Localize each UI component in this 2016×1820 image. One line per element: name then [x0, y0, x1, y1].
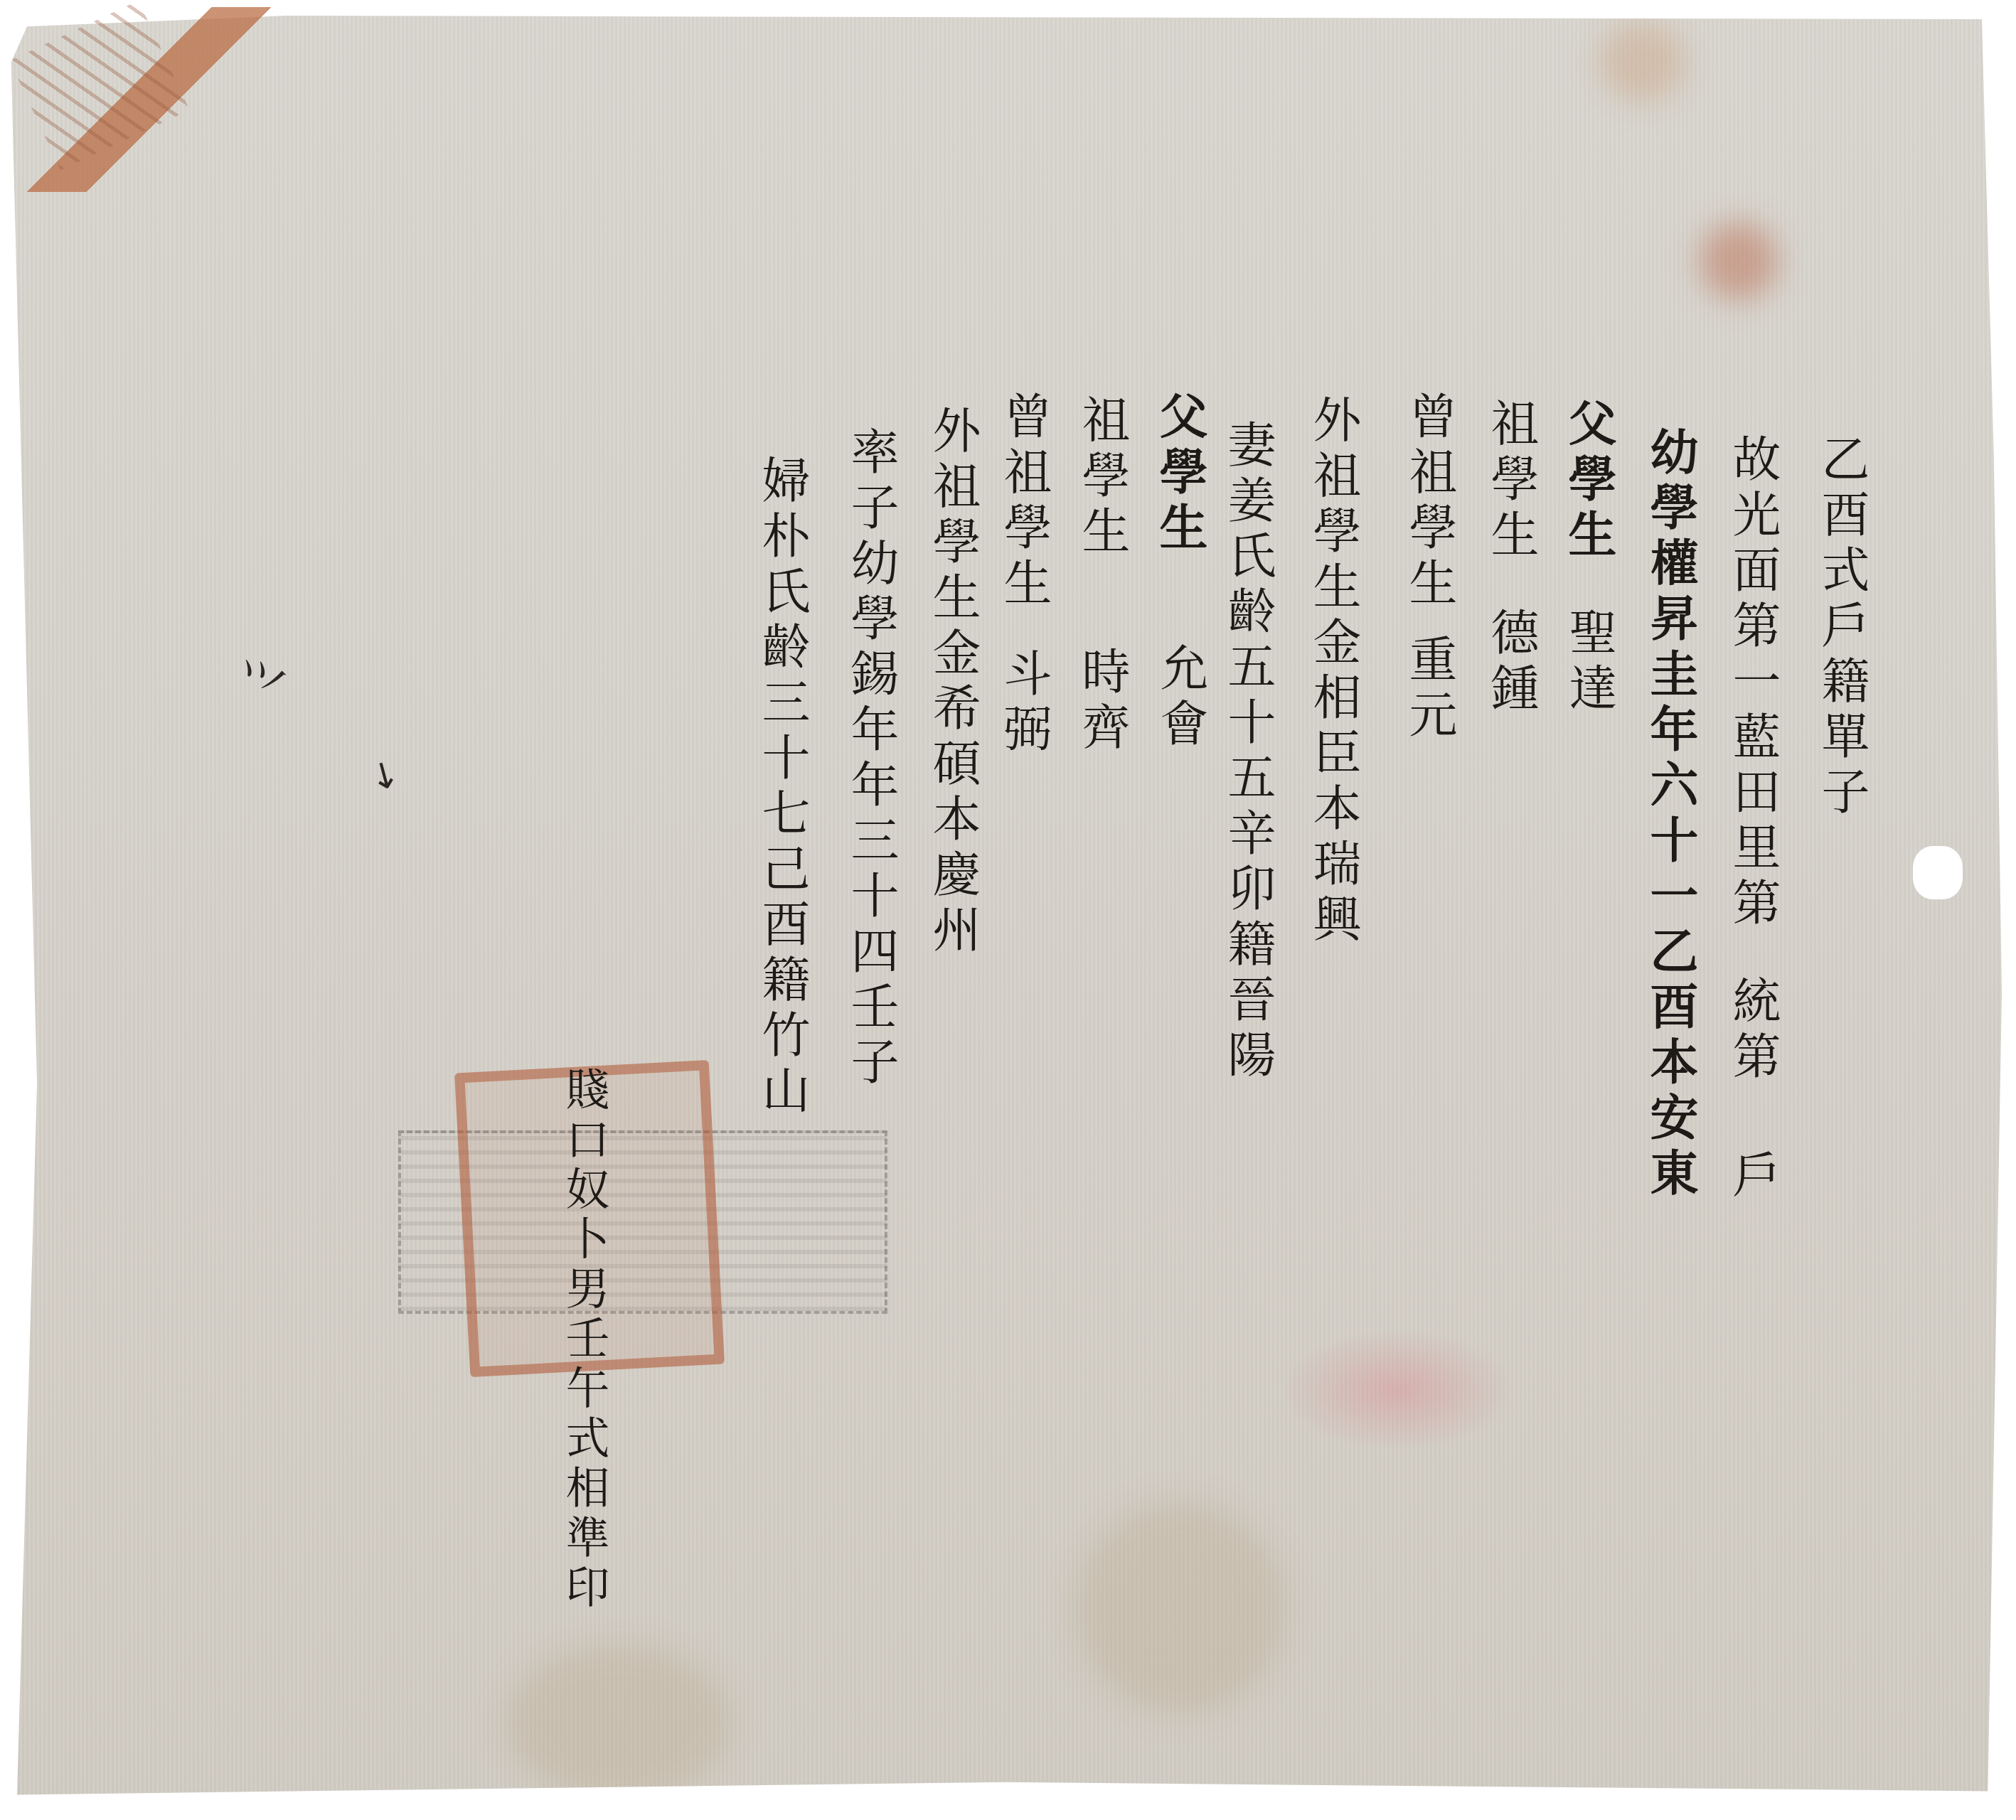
wife-maternal-grandfather-column: 外祖學生金希碩本慶州: [928, 405, 976, 960]
paper-hole: [1913, 846, 1963, 899]
wife-great-grandfather-column: 曾祖學生斗弼: [999, 391, 1047, 759]
stain: [1074, 1501, 1287, 1715]
son-column: 率子幼學錫年年三十四壬子: [846, 427, 895, 1092]
wife-grandfather-column: 祖學生時齊: [1077, 395, 1126, 757]
corner-seal: [7, 7, 277, 192]
address-column: 故光面第一藍田里第統第 戶: [1728, 434, 1776, 1205]
great-grandfather-column: 曾祖學生重元: [1404, 391, 1453, 745]
head-of-household-column: 幼學權昇圭年六十一乙酉本安東: [1646, 427, 1695, 1203]
document-paper: [7, 9, 2002, 1800]
wife-column: 妻姜氏齡五十五辛卯籍晉陽: [1223, 419, 1271, 1085]
father-column: 父學生聖達: [1564, 398, 1613, 718]
title-column: 乙酉式戶籍單子: [1817, 434, 1865, 822]
wife-father-column: 父學生允會: [1156, 391, 1204, 754]
grandfather-column: 祖學生德鍾: [1486, 398, 1535, 718]
daughter-in-law-column: 婦朴氏齡三十七己酉籍竹山: [757, 455, 806, 1120]
maternal-grandfather-column: 外祖學生金相臣本瑞興: [1308, 395, 1357, 949]
stain: [1700, 222, 1778, 300]
servant-note-column: 賤口奴卜男壬午式相準印: [562, 1066, 606, 1614]
pink-stamp: [1280, 1329, 1515, 1450]
stain: [505, 1644, 732, 1800]
stain: [1600, 23, 1685, 101]
